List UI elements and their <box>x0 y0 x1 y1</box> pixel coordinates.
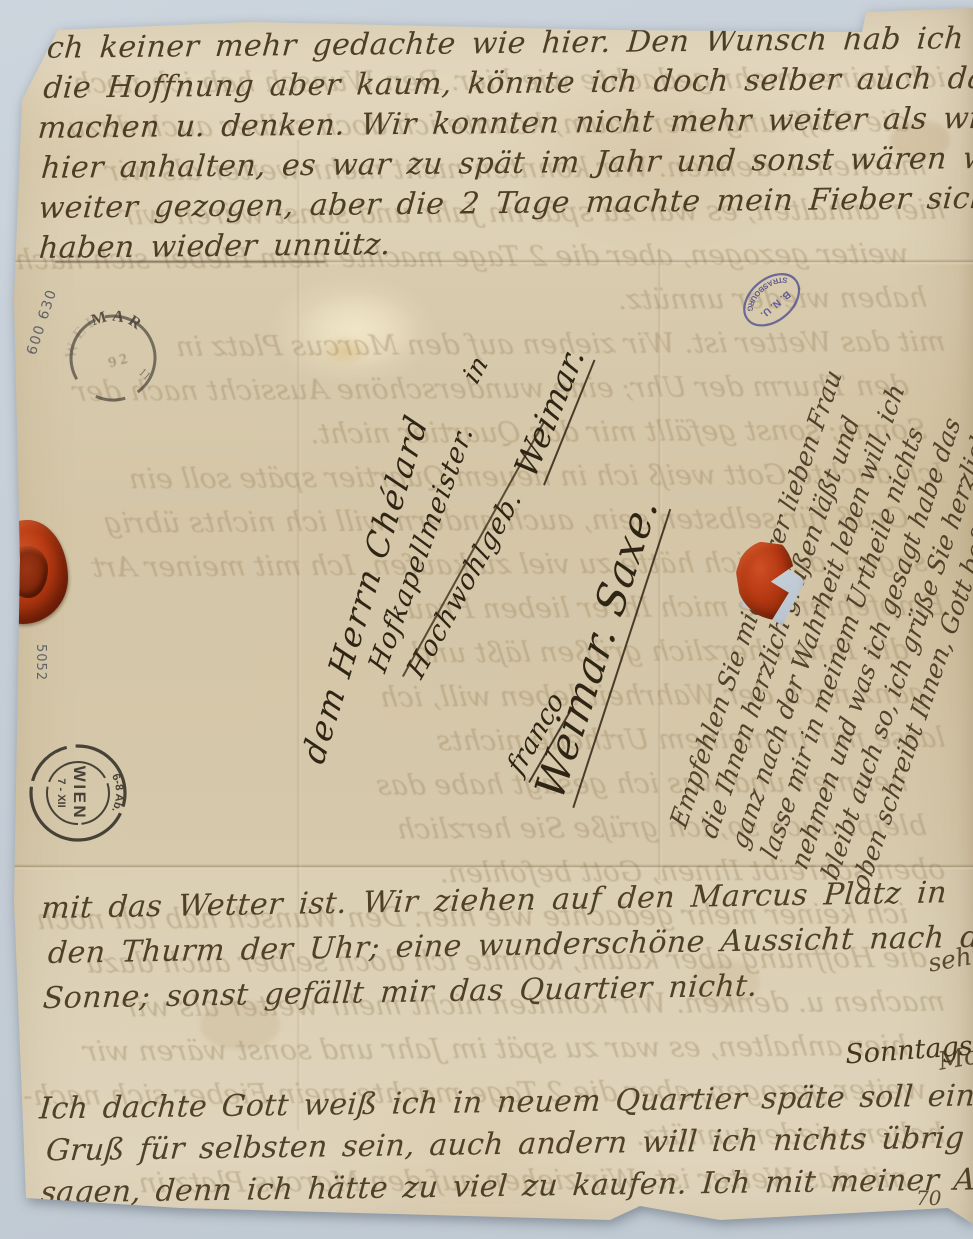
yellow-stain <box>322 336 368 366</box>
wien-postmark-date: 7 - XII <box>55 778 67 807</box>
stamp-fragment-icon: AB <box>0 0 58 28</box>
scanned-letter-stage: ich keiner mehr gedachte wie hier. Den W… <box>0 0 973 1239</box>
wien-postmark-icon: 6-8 Ab. WIEN 7 - XII <box>18 733 138 857</box>
handwriting-top-block: ich keiner mehr gedachte wie hier. Den W… <box>37 19 969 269</box>
handwriting-mid-block: mit das Wetter ist. Wir ziehen auf den M… <box>41 870 973 1021</box>
vertical-fold-crease <box>657 248 663 880</box>
pencil-catalog-number: 5052 <box>33 644 48 681</box>
library-stamp-icon: B. N. U. STRASBOURG <box>726 264 816 338</box>
ink-number-annotation: 70 <box>916 1186 941 1210</box>
wien-postmark-city: WIEN <box>70 766 89 820</box>
weimar-postmark-number: 11 <box>136 365 154 383</box>
letter-page: ich keiner mehr gedachte wie hier. Den W… <box>0 0 973 1239</box>
weimar-postmark-icon: WEI MAR 9 2 11 <box>58 303 168 417</box>
weimar-postmark-date: 9 2 <box>107 351 129 372</box>
handwriting-bottom-block: Ich dachte Gott weiß ich in neuem Quarti… <box>39 1076 971 1215</box>
paper-shadow-wrap: ich keiner mehr gedachte wie hier. Den W… <box>0 0 973 1239</box>
